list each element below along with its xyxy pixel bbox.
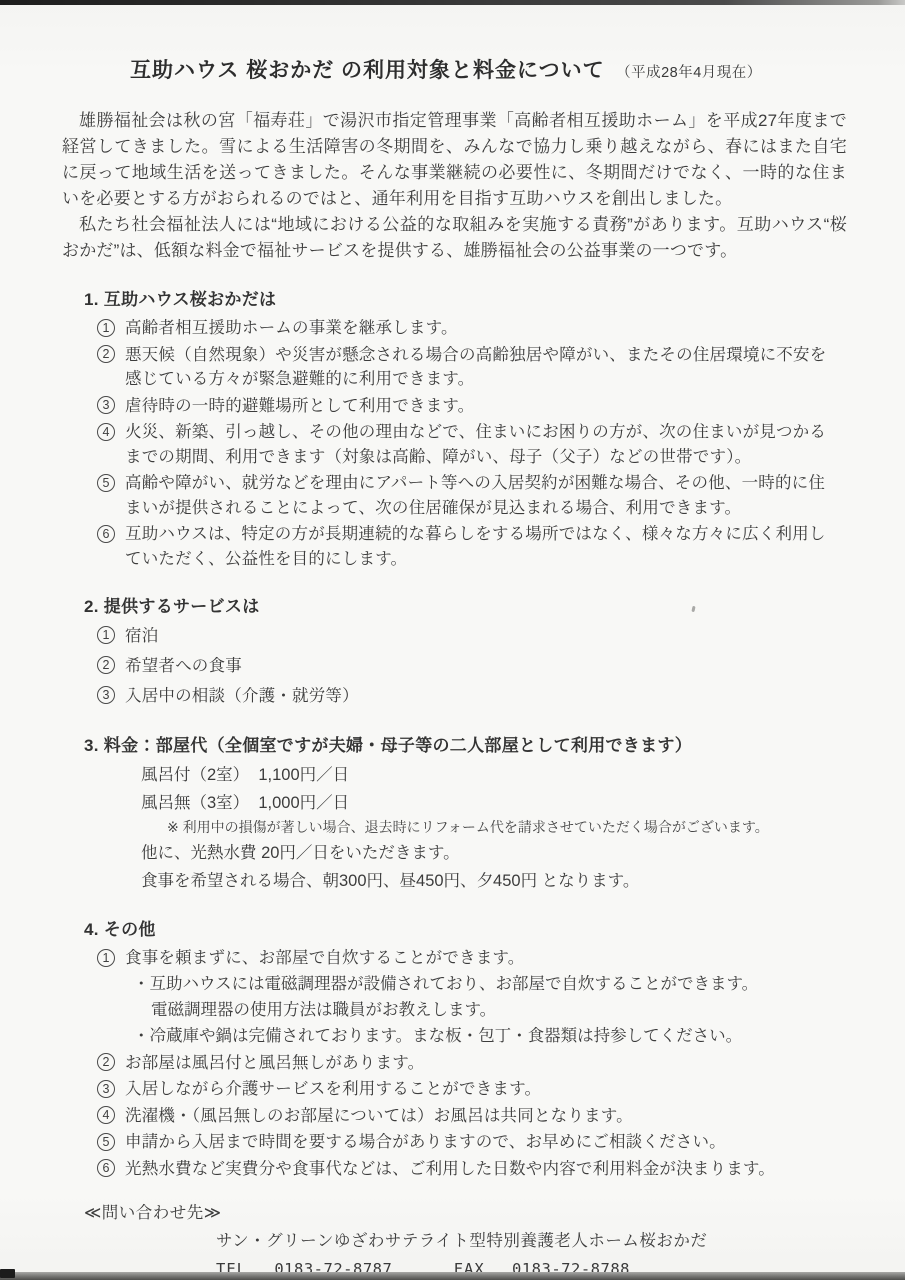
- list-item: 5 申請から入居まで時間を要する場合がありますので、お早めにご相談ください。: [97, 1130, 905, 1155]
- section-item-list: 1 宿泊 2 希望者への食事 3 入居中の相談（介護・就労等）: [0, 623, 905, 710]
- intro-paragraphs: 雄勝福祉会は秋の宮「福寿荘」で湯沢市指定管理事業「高齢者相互援助ホーム」を平成2…: [62, 108, 847, 264]
- section-other: 4. その他 1 食事を頼まずに、お部屋で自炊することができます。 ・互助ハウス…: [0, 918, 905, 1181]
- scan-edge-top-artifact: [0, 0, 905, 5]
- list-item: 2 お部屋は風呂付と風呂無しがあります。: [97, 1051, 905, 1076]
- list-item: 1 高齢者相互援助ホームの事業を継承します。: [97, 316, 905, 341]
- list-item-text: 宿泊: [125, 623, 831, 650]
- list-item: 4 洗濯機・（風呂無しのお部屋については）お風呂は共同となります。: [97, 1104, 905, 1129]
- list-item: 5 高齢や障がい、就労などを理由にアパート等への入居契約が困難な場合、その他、一…: [97, 471, 905, 520]
- circled-number-icon: 1: [97, 319, 115, 337]
- circled-number-icon: 3: [97, 396, 115, 414]
- fee-lines: 風呂付（2室） 1,100円／日 風呂無（3室） 1,000円／日 ※ 利用中の…: [0, 762, 905, 894]
- fee-damage-note: ※ 利用中の損傷が著しい場合、退去時にリフォーム代を請求させていただく場合がござ…: [167, 817, 905, 838]
- list-item-text: 希望者への食事: [125, 653, 831, 680]
- list-item: 4 火災、新築、引っ越し、その他の理由などで、住まいにお困りの方が、次の住まいが…: [97, 420, 905, 469]
- fee-room-with-bath: 風呂付（2室） 1,100円／日: [141, 762, 905, 788]
- circled-number-icon: 2: [97, 656, 115, 674]
- list-item-text: 洗濯機・（風呂無しのお部屋については）お風呂は共同となります。: [125, 1104, 831, 1129]
- contact-block: ≪問い合わせ先≫ サン・グリーンゆざわサテライト型特別養護老人ホーム桜おかだ T…: [0, 1201, 905, 1280]
- list-item: 6 光熱水費など実費分や食事代などは、ご利用した日数や内容で利用料金が決まります…: [97, 1157, 905, 1182]
- circled-number-icon: 6: [97, 1159, 115, 1177]
- circled-number-icon: 4: [97, 423, 115, 441]
- sub-bullet-equipment: ・冷蔵庫や鍋は完備されております。まな板・包丁・食器類は持参してください。: [133, 1024, 905, 1049]
- fee-utilities: 他に、光熱水費 20円／日をいただきます。: [141, 840, 905, 866]
- section-heading: 1. 互助ハウス桜おかだは: [84, 288, 905, 312]
- circled-number-icon: 2: [97, 1053, 115, 1071]
- scan-corner-mark-artifact: [0, 1269, 15, 1278]
- list-item: 1 食事を頼まずに、お部屋で自炊することができます。: [97, 946, 905, 971]
- list-item: 3 入居中の相談（介護・就労等）: [97, 683, 905, 710]
- circled-number-icon: 1: [97, 626, 115, 644]
- section-item-list: 1 食事を頼まずに、お部屋で自炊することができます。 ・互助ハウスには電磁調理器…: [0, 946, 905, 1181]
- sub-bullet-cooking-continued: 電磁調理器の使用方法は職員がお教えします。: [151, 998, 905, 1023]
- list-item-text: 入居しながら介護サービスを利用することができます。: [125, 1077, 831, 1102]
- list-item: 6 互助ハウスは、特定の方が長期連続的な暮らしをする場所ではなく、様々な方々に広…: [97, 522, 905, 571]
- fee-room-without-bath: 風呂無（3室） 1,000円／日: [141, 790, 905, 816]
- facility-name: サン・グリーンゆざわサテライト型特別養護老人ホーム桜おかだ: [216, 1228, 905, 1254]
- list-item-text: 火災、新築、引っ越し、その他の理由などで、住まいにお困りの方が、次の住まいが見つ…: [125, 420, 831, 469]
- list-item-text: 互助ハウスは、特定の方が長期連続的な暮らしをする場所ではなく、様々な方々に広く利…: [125, 522, 831, 571]
- sub-bullet-cooking: ・互助ハウスには電磁調理器が設備されており、お部屋で自炊することができます。: [133, 972, 905, 997]
- list-item-text: 入居中の相談（介護・就労等）: [125, 683, 831, 710]
- section-item-list: 1 高齢者相互援助ホームの事業を継承します。 2 悪天候（自然現象）や災害が懸念…: [0, 316, 905, 571]
- list-item-text: 虐待時の一時的避難場所として利用できます。: [125, 394, 831, 419]
- list-item: 3 入居しながら介護サービスを利用することができます。: [97, 1077, 905, 1102]
- intro-paragraph-2: 私たち社会福祉法人には“地域における公益的な取組みを実施する責務”があります。互…: [62, 212, 847, 264]
- list-item-text: 高齢者相互援助ホームの事業を継承します。: [125, 316, 831, 341]
- intro-paragraph-1: 雄勝福祉会は秋の宮「福寿荘」で湯沢市指定管理事業「高齢者相互援助ホーム」を平成2…: [62, 108, 847, 212]
- section-heading: 2. 提供するサービスは: [84, 595, 905, 619]
- list-item: 2 希望者への食事: [97, 653, 905, 680]
- list-item-text: 申請から入居まで時間を要する場合がありますので、お早めにご相談ください。: [125, 1130, 831, 1155]
- section-fees: 3. 料金：部屋代（全個室ですが夫婦・母子等の二人部屋として利用できます） 風呂…: [0, 734, 905, 894]
- list-item: 1 宿泊: [97, 623, 905, 650]
- section-heading: 4. その他: [84, 918, 905, 942]
- scanned-document-page: 互助ハウス 桜おかだ の利用対象と料金について （平成28年4月現在） 雄勝福祉…: [0, 0, 905, 1280]
- fee-meals: 食事を希望される場合、朝300円、昼450円、夕450円 となります。: [141, 868, 905, 894]
- section-heading: 3. 料金：部屋代（全個室ですが夫婦・母子等の二人部屋として利用できます）: [84, 734, 905, 758]
- list-item: 3 虐待時の一時的避難場所として利用できます。: [97, 394, 905, 419]
- list-item: 2 悪天候（自然現象）や災害が懸念される場合の高齢独居や障がい、またその住居環境…: [97, 343, 905, 392]
- circled-number-icon: 3: [97, 686, 115, 704]
- circled-number-icon: 2: [97, 345, 115, 363]
- list-item-text: 食事を頼まずに、お部屋で自炊することができます。: [125, 946, 831, 971]
- circled-number-icon: 6: [97, 525, 115, 543]
- scan-edge-bottom-artifact: [0, 1272, 905, 1280]
- circled-number-icon: 5: [97, 474, 115, 492]
- circled-number-icon: 3: [97, 1080, 115, 1098]
- page-title: 互助ハウス 桜おかだ の利用対象と料金について: [130, 59, 605, 82]
- list-item-text: 光熱水費など実費分や食事代などは、ご利用した日数や内容で利用料金が決まります。: [125, 1157, 831, 1182]
- circled-number-icon: 1: [97, 949, 115, 967]
- list-item-text: 悪天候（自然現象）や災害が懸念される場合の高齢独居や障がい、またその住居環境に不…: [125, 343, 831, 392]
- list-item-text: 高齢や障がい、就労などを理由にアパート等への入居契約が困難な場合、その他、一時的…: [125, 471, 831, 520]
- document-header: 互助ハウス 桜おかだ の利用対象と料金について （平成28年4月現在）: [130, 54, 905, 84]
- circled-number-icon: 4: [97, 1106, 115, 1124]
- contact-heading: ≪問い合わせ先≫: [84, 1201, 905, 1225]
- list-item-text: お部屋は風呂付と風呂無しがあります。: [125, 1051, 831, 1076]
- title-date-note: （平成28年4月現在）: [616, 65, 762, 81]
- circled-number-icon: 5: [97, 1133, 115, 1151]
- section-services: 2. 提供するサービスは 1 宿泊 2 希望者への食事 3 入居中の相談（介護・…: [0, 595, 905, 710]
- section-about-house: 1. 互助ハウス桜おかだは 1 高齢者相互援助ホームの事業を継承します。 2 悪…: [0, 288, 905, 571]
